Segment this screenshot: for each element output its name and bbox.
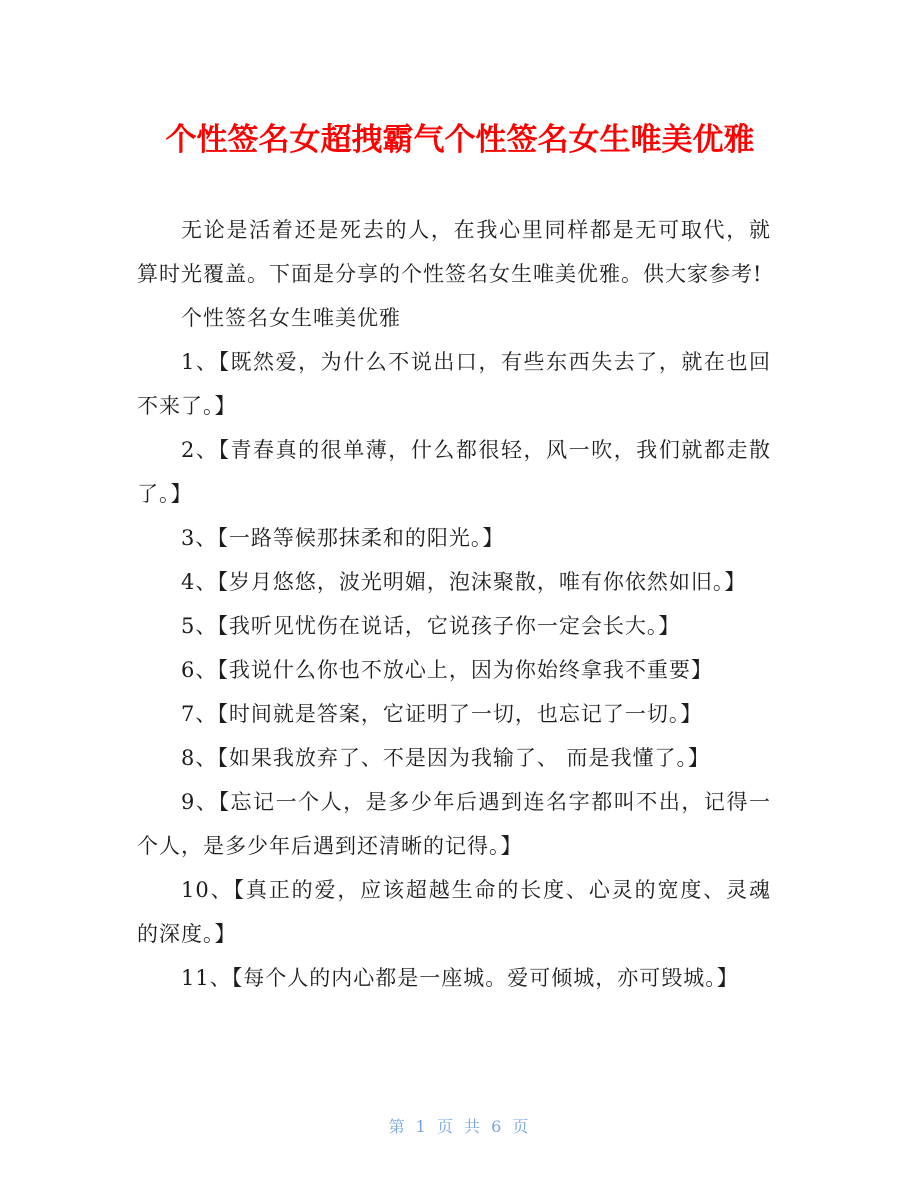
document-body: 无论是活着还是死去的人，在我心里同样都是无可取代，就算时光覆盖。下面是分享的个性… <box>137 208 771 1000</box>
signature-item-5: 5、【我听见忧伤在说话，它说孩子你一定会长大。】 <box>137 604 771 648</box>
intro-paragraph: 无论是活着还是死去的人，在我心里同样都是无可取代，就算时光覆盖。下面是分享的个性… <box>137 208 771 296</box>
signature-item-10: 10、【真正的爱，应该超越生命的长度、心灵的宽度、灵魂的深度。】 <box>137 868 771 956</box>
signature-item-1: 1、【既然爱，为什么不说出口，有些东西失去了，就在也回不来了。】 <box>137 340 771 428</box>
signature-item-11: 11、【每个人的内心都是一座城。爱可倾城，亦可毁城。】 <box>137 956 771 1000</box>
signature-item-9: 9、【忘记一个人，是多少年后遇到连名字都叫不出，记得一个人，是多少年后遇到还清晰… <box>137 780 771 868</box>
signature-item-8: 8、【如果我放弃了、不是因为我输了、 而是我懂了。】 <box>137 736 771 780</box>
signature-item-4: 4、【岁月悠悠，波光明媚，泡沫聚散，唯有你依然如旧。】 <box>137 560 771 604</box>
document-page: 个性签名女超拽霸气个性签名女生唯美优雅 无论是活着还是死去的人，在我心里同样都是… <box>0 0 920 1191</box>
signature-item-3: 3、【一路等候那抹柔和的阳光。】 <box>137 516 771 560</box>
page-footer: 第 1 页 共 6 页 <box>0 1116 920 1138</box>
page-number: 第 1 页 共 6 页 <box>389 1117 532 1136</box>
page-title: 个性签名女超拽霸气个性签名女生唯美优雅 <box>0 0 920 162</box>
signature-item-7: 7、【时间就是答案，它证明了一切，也忘记了一切。】 <box>137 692 771 736</box>
signature-item-6: 6、【我说什么你也不放心上，因为你始终拿我不重要】 <box>137 648 771 692</box>
section-heading: 个性签名女生唯美优雅 <box>137 296 771 340</box>
signature-item-2: 2、【青春真的很单薄，什么都很轻，风一吹，我们就都走散了。】 <box>137 428 771 516</box>
